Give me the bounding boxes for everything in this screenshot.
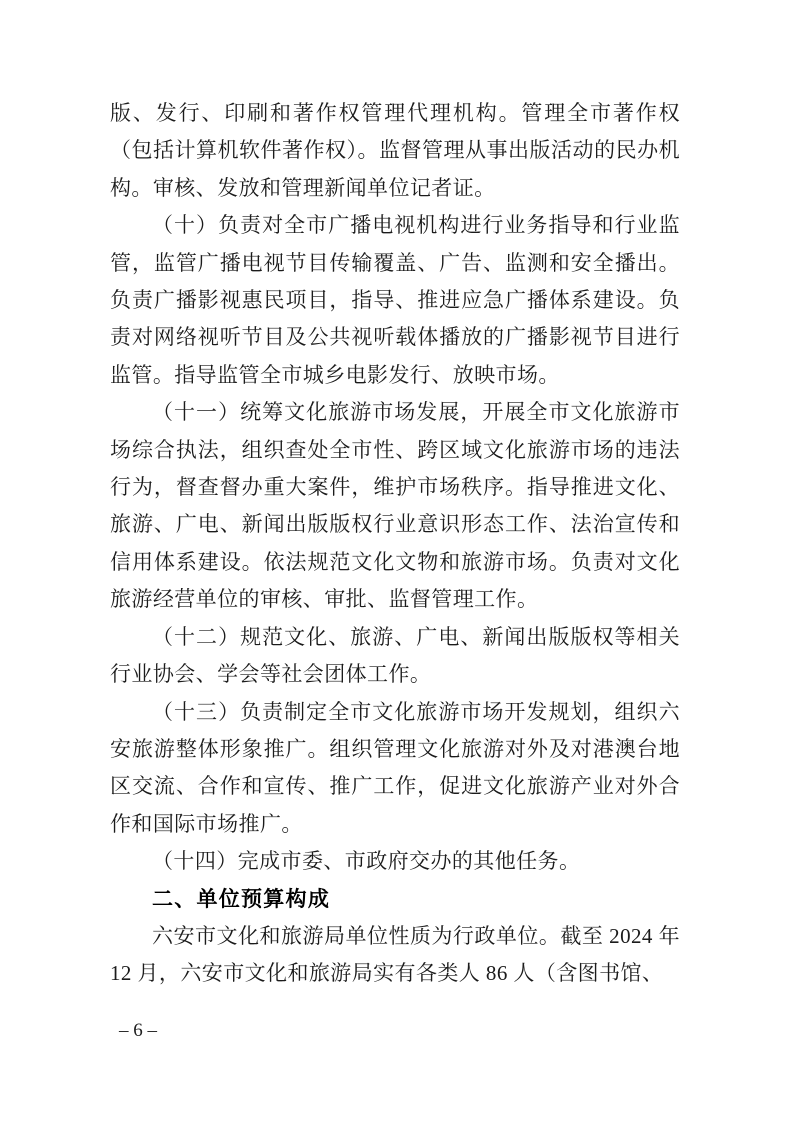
body-paragraph-duty-10: （十）负责对全市广播电视机构进行业务指导和行业监管，监管广播电视节目传输覆盖、广… bbox=[110, 207, 680, 394]
body-paragraph-duty-14: （十四）完成市委、市政府交办的其他任务。 bbox=[110, 843, 680, 880]
page-number: – 6 – bbox=[119, 1019, 157, 1042]
body-paragraph-duty-12: （十二）规范文化、旅游、广电、新闻出版版权等相关行业协会、学会等社会团体工作。 bbox=[110, 619, 680, 694]
document-page: 版、发行、印刷和著作权管理代理机构。管理全市著作权（包括计算机软件著作权）。监督… bbox=[0, 0, 793, 1122]
body-paragraph-duty-13: （十三）负责制定全市文化旅游市场开发规划，组织六安旅游整体形象推广。组织管理文化… bbox=[110, 694, 680, 844]
section-heading-budget-composition: 二、单位预算构成 bbox=[110, 881, 680, 918]
document-body: 版、发行、印刷和著作权管理代理机构。管理全市著作权（包括计算机软件著作权）。监督… bbox=[110, 95, 680, 993]
body-paragraph-duty-11: （十一）统筹文化旅游市场发展，开展全市文化旅游市场综合执法，组织查处全市性、跨区… bbox=[110, 394, 680, 618]
body-paragraph-continuation: 版、发行、印刷和著作权管理代理机构。管理全市著作权（包括计算机软件著作权）。监督… bbox=[110, 95, 680, 207]
body-paragraph-budget-intro: 六安市文化和旅游局单位性质为行政单位。截至 2024 年 12 月，六安市文化和… bbox=[110, 918, 680, 993]
